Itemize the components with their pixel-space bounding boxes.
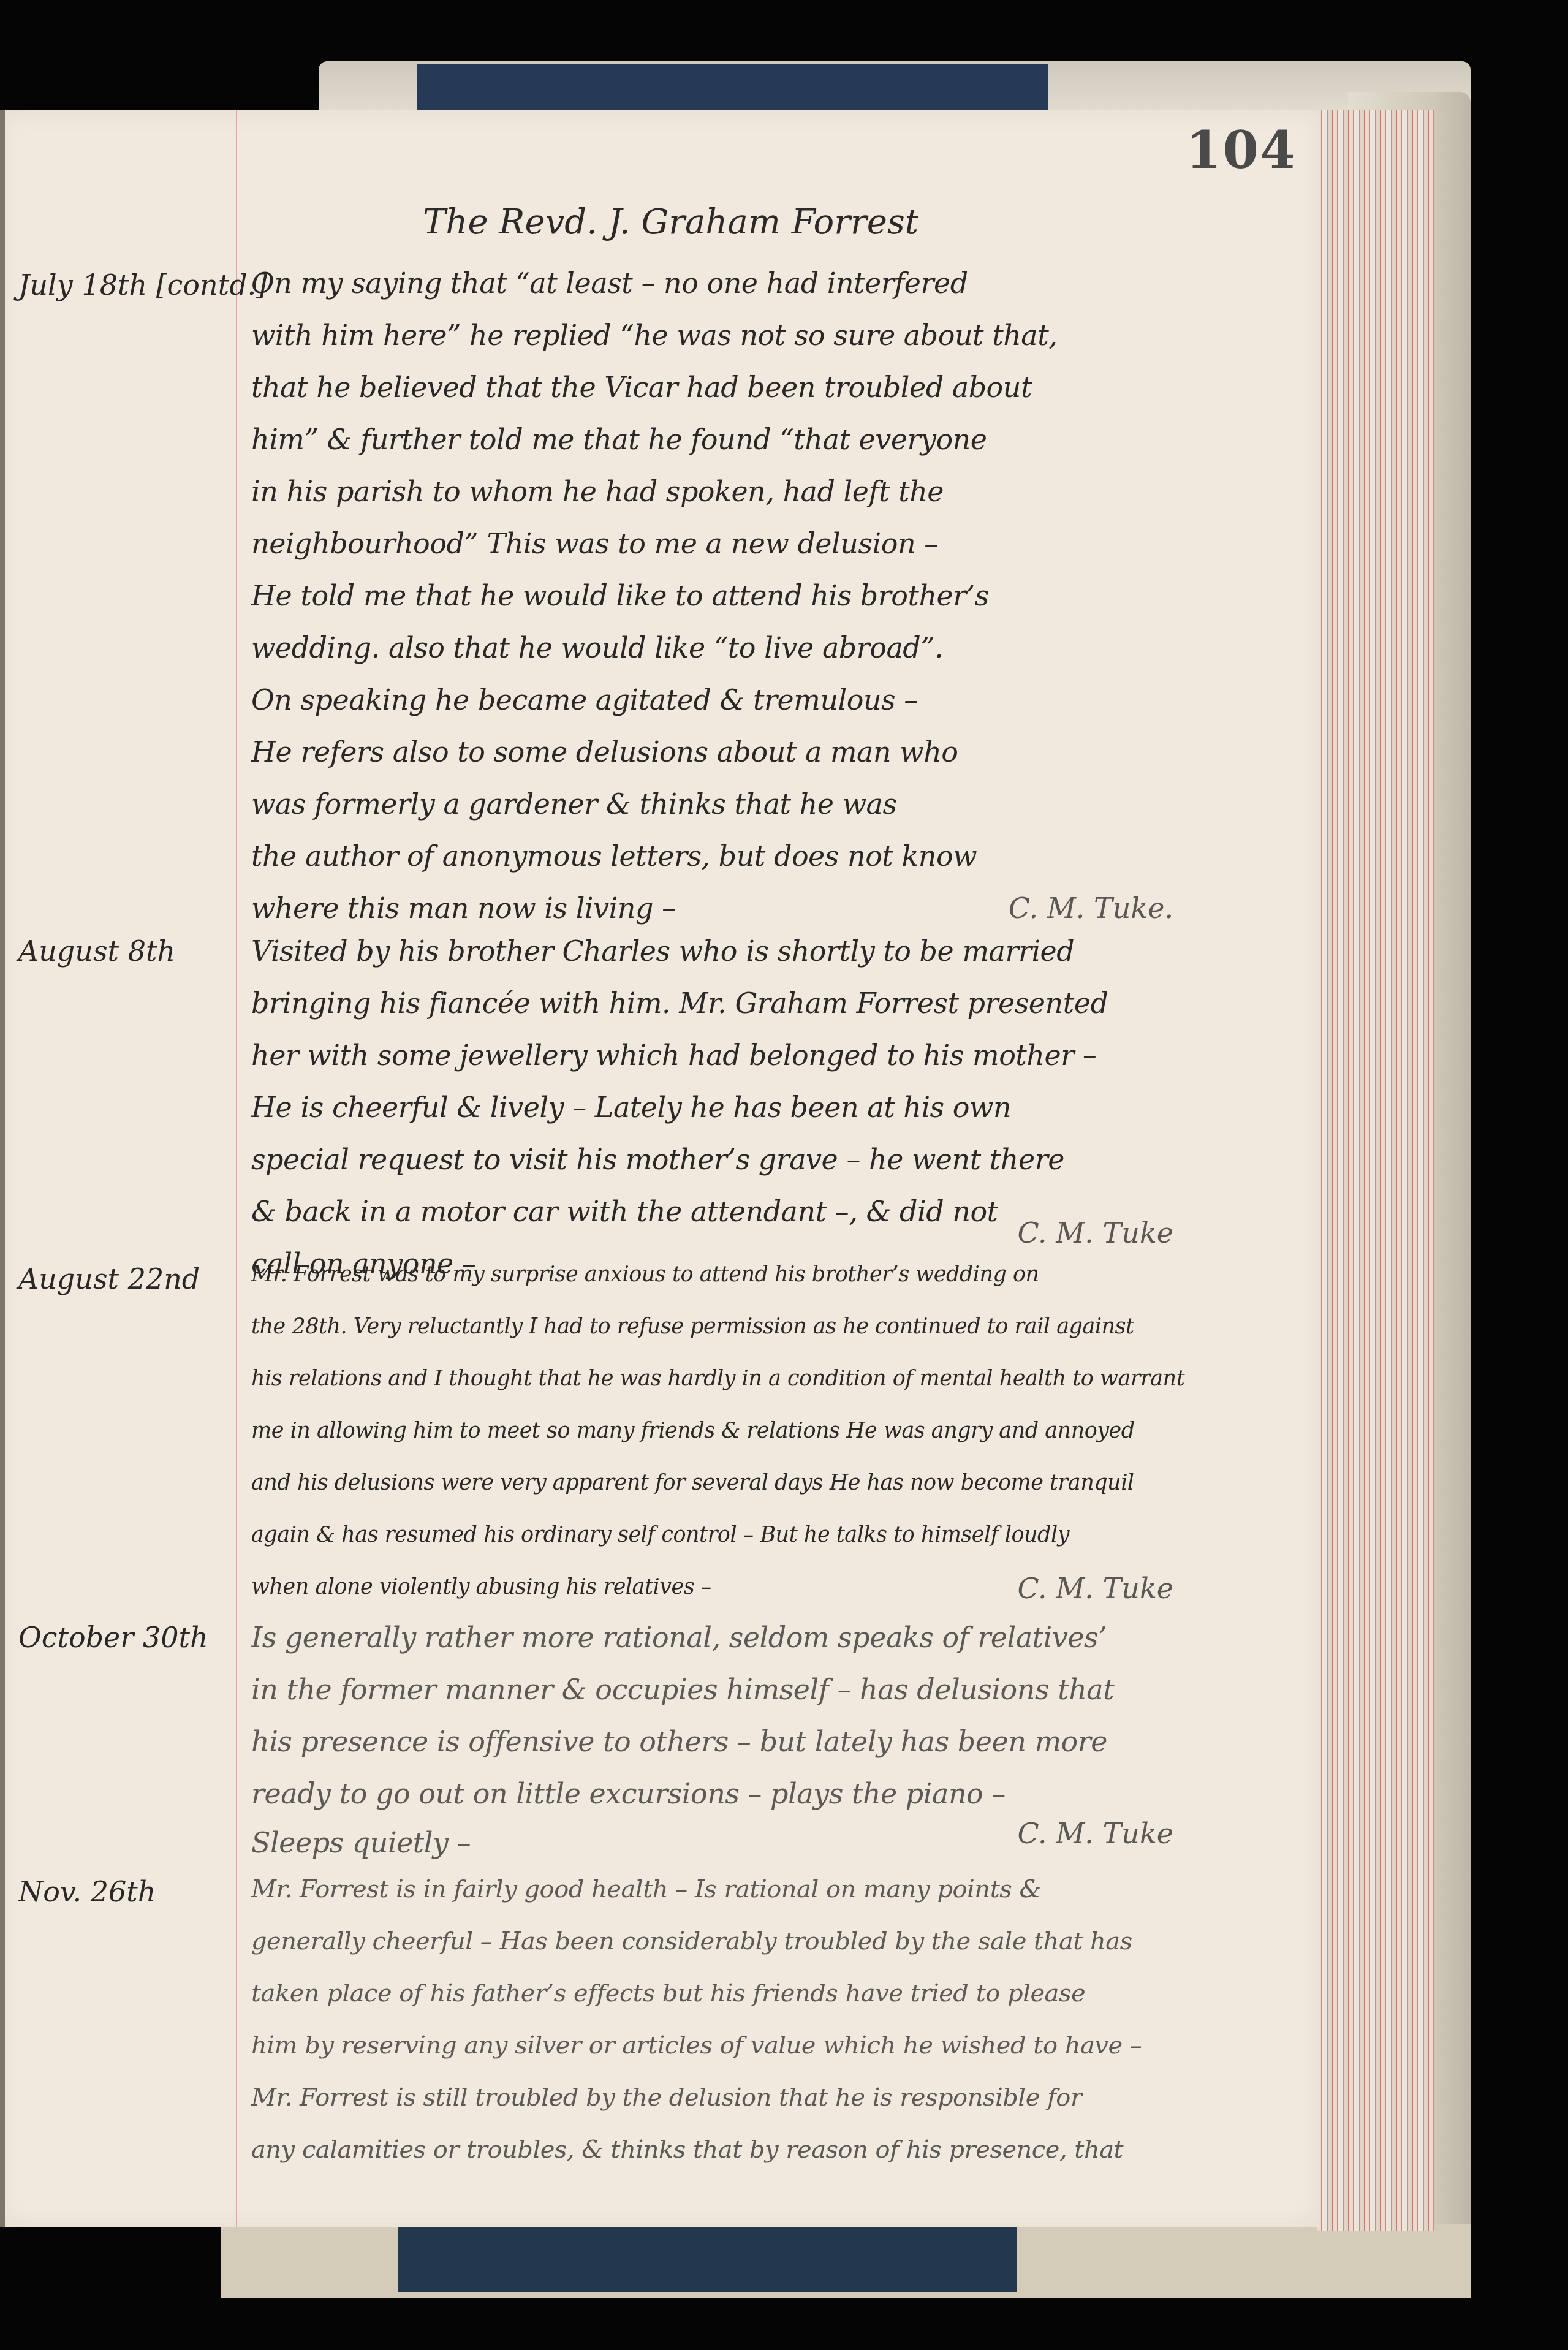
page-gutter-edge — [0, 110, 5, 2227]
entry-line: again & has resumed his ordinary self co… — [251, 1523, 1069, 1547]
entry-line: the 28th. Very reluctantly I had to refu… — [251, 1314, 1134, 1339]
entry-line: any calamities or troubles, & thinks tha… — [251, 2136, 1123, 2164]
entry-line: her with some jewellery which had belong… — [251, 1039, 1096, 1072]
entry-line: was formerly a gardener & thinks that he… — [251, 787, 897, 821]
entry-line: He refers also to some delusions about a… — [251, 735, 958, 768]
entry-line: wedding. also that he would like “to liv… — [251, 631, 943, 664]
signature: C. M. Tuke — [1017, 1817, 1173, 1850]
entry-line: him by reserving any silver or articles … — [251, 2031, 1142, 2060]
entry-date: August 8th — [18, 934, 175, 968]
entry-line: Sleeps quietly – — [251, 1826, 471, 1859]
entry-line: Visited by his brother Charles who is sh… — [251, 934, 1074, 968]
entry-line: On speaking he became agitated & tremulo… — [251, 683, 918, 716]
entry-line: with him here” he replied “he was not so… — [251, 319, 1057, 352]
entry-line: Mr. Forrest was to my surprise anxious t… — [251, 1262, 1039, 1287]
entry-line: bringing his fiancée with him. Mr. Graha… — [251, 987, 1108, 1020]
entry-line: special request to visit his mother’s gr… — [251, 1143, 1064, 1176]
entry-line: him” & further told me that he found “th… — [251, 423, 987, 456]
entry-line: and his delusions were very apparent for… — [251, 1471, 1134, 1495]
entry-line: neighbourhood” This was to me a new delu… — [251, 527, 938, 560]
entry-line: ready to go out on little excursions – p… — [251, 1777, 1006, 1810]
entry-date: October 30th — [18, 1621, 208, 1654]
entry-date: July 18th [contd.] — [18, 268, 267, 301]
entry-line: where this man now is living – — [251, 892, 675, 925]
entry-date: August 22nd — [18, 1262, 200, 1295]
page-stack-edges — [1317, 110, 1434, 2231]
patient-heading: The Revd. J. Graham Forrest — [423, 202, 918, 242]
entry-line: his presence is offensive to others – bu… — [251, 1725, 1107, 1758]
book-spine-cloth-top — [417, 64, 1048, 113]
signature: C. M. Tuke. — [1009, 892, 1173, 925]
book-spine-cloth-bottom — [398, 2224, 1017, 2292]
entry-line: & back in a motor car with the attendant… — [251, 1195, 998, 1228]
entry-line: He told me that he would like to attend … — [251, 579, 989, 612]
entry-line: Mr. Forrest is still troubled by the del… — [251, 2083, 1082, 2112]
entry-line: when alone violently abusing his relativ… — [251, 1575, 711, 1599]
entry-line: in his parish to whom he had spoken, had… — [251, 475, 944, 508]
entry-line: that he believed that the Vicar had been… — [251, 371, 1032, 404]
signature: C. M. Tuke — [1017, 1216, 1173, 1249]
entry-line: the author of anonymous letters, but doe… — [251, 840, 977, 873]
entry-date: Nov. 26th — [18, 1875, 156, 1908]
entry-line: in the former manner & occupies himself … — [251, 1673, 1114, 1706]
entry-line: his relations and I thought that he was … — [251, 1366, 1184, 1391]
entry-line: Is generally rather more rational, seldo… — [251, 1621, 1107, 1654]
entry-line: He is cheerful & lively – Lately he has … — [251, 1091, 1011, 1124]
margin-rule — [236, 110, 237, 2227]
ledger-page: 104 The Revd. J. Graham Forrest July 18t… — [0, 110, 1320, 2227]
entry-line: generally cheerful – Has been considerab… — [251, 1927, 1132, 1955]
entry-line: taken place of his father’s effects but … — [251, 1979, 1085, 2007]
page-number: 104 — [1186, 119, 1297, 180]
signature: C. M. Tuke — [1017, 1572, 1173, 1605]
entry-line: On my saying that “at least – no one had… — [251, 267, 968, 300]
entry-line: me in allowing him to meet so many frien… — [251, 1419, 1135, 1443]
entry-line: Mr. Forrest is in fairly good health – I… — [251, 1875, 1041, 1903]
